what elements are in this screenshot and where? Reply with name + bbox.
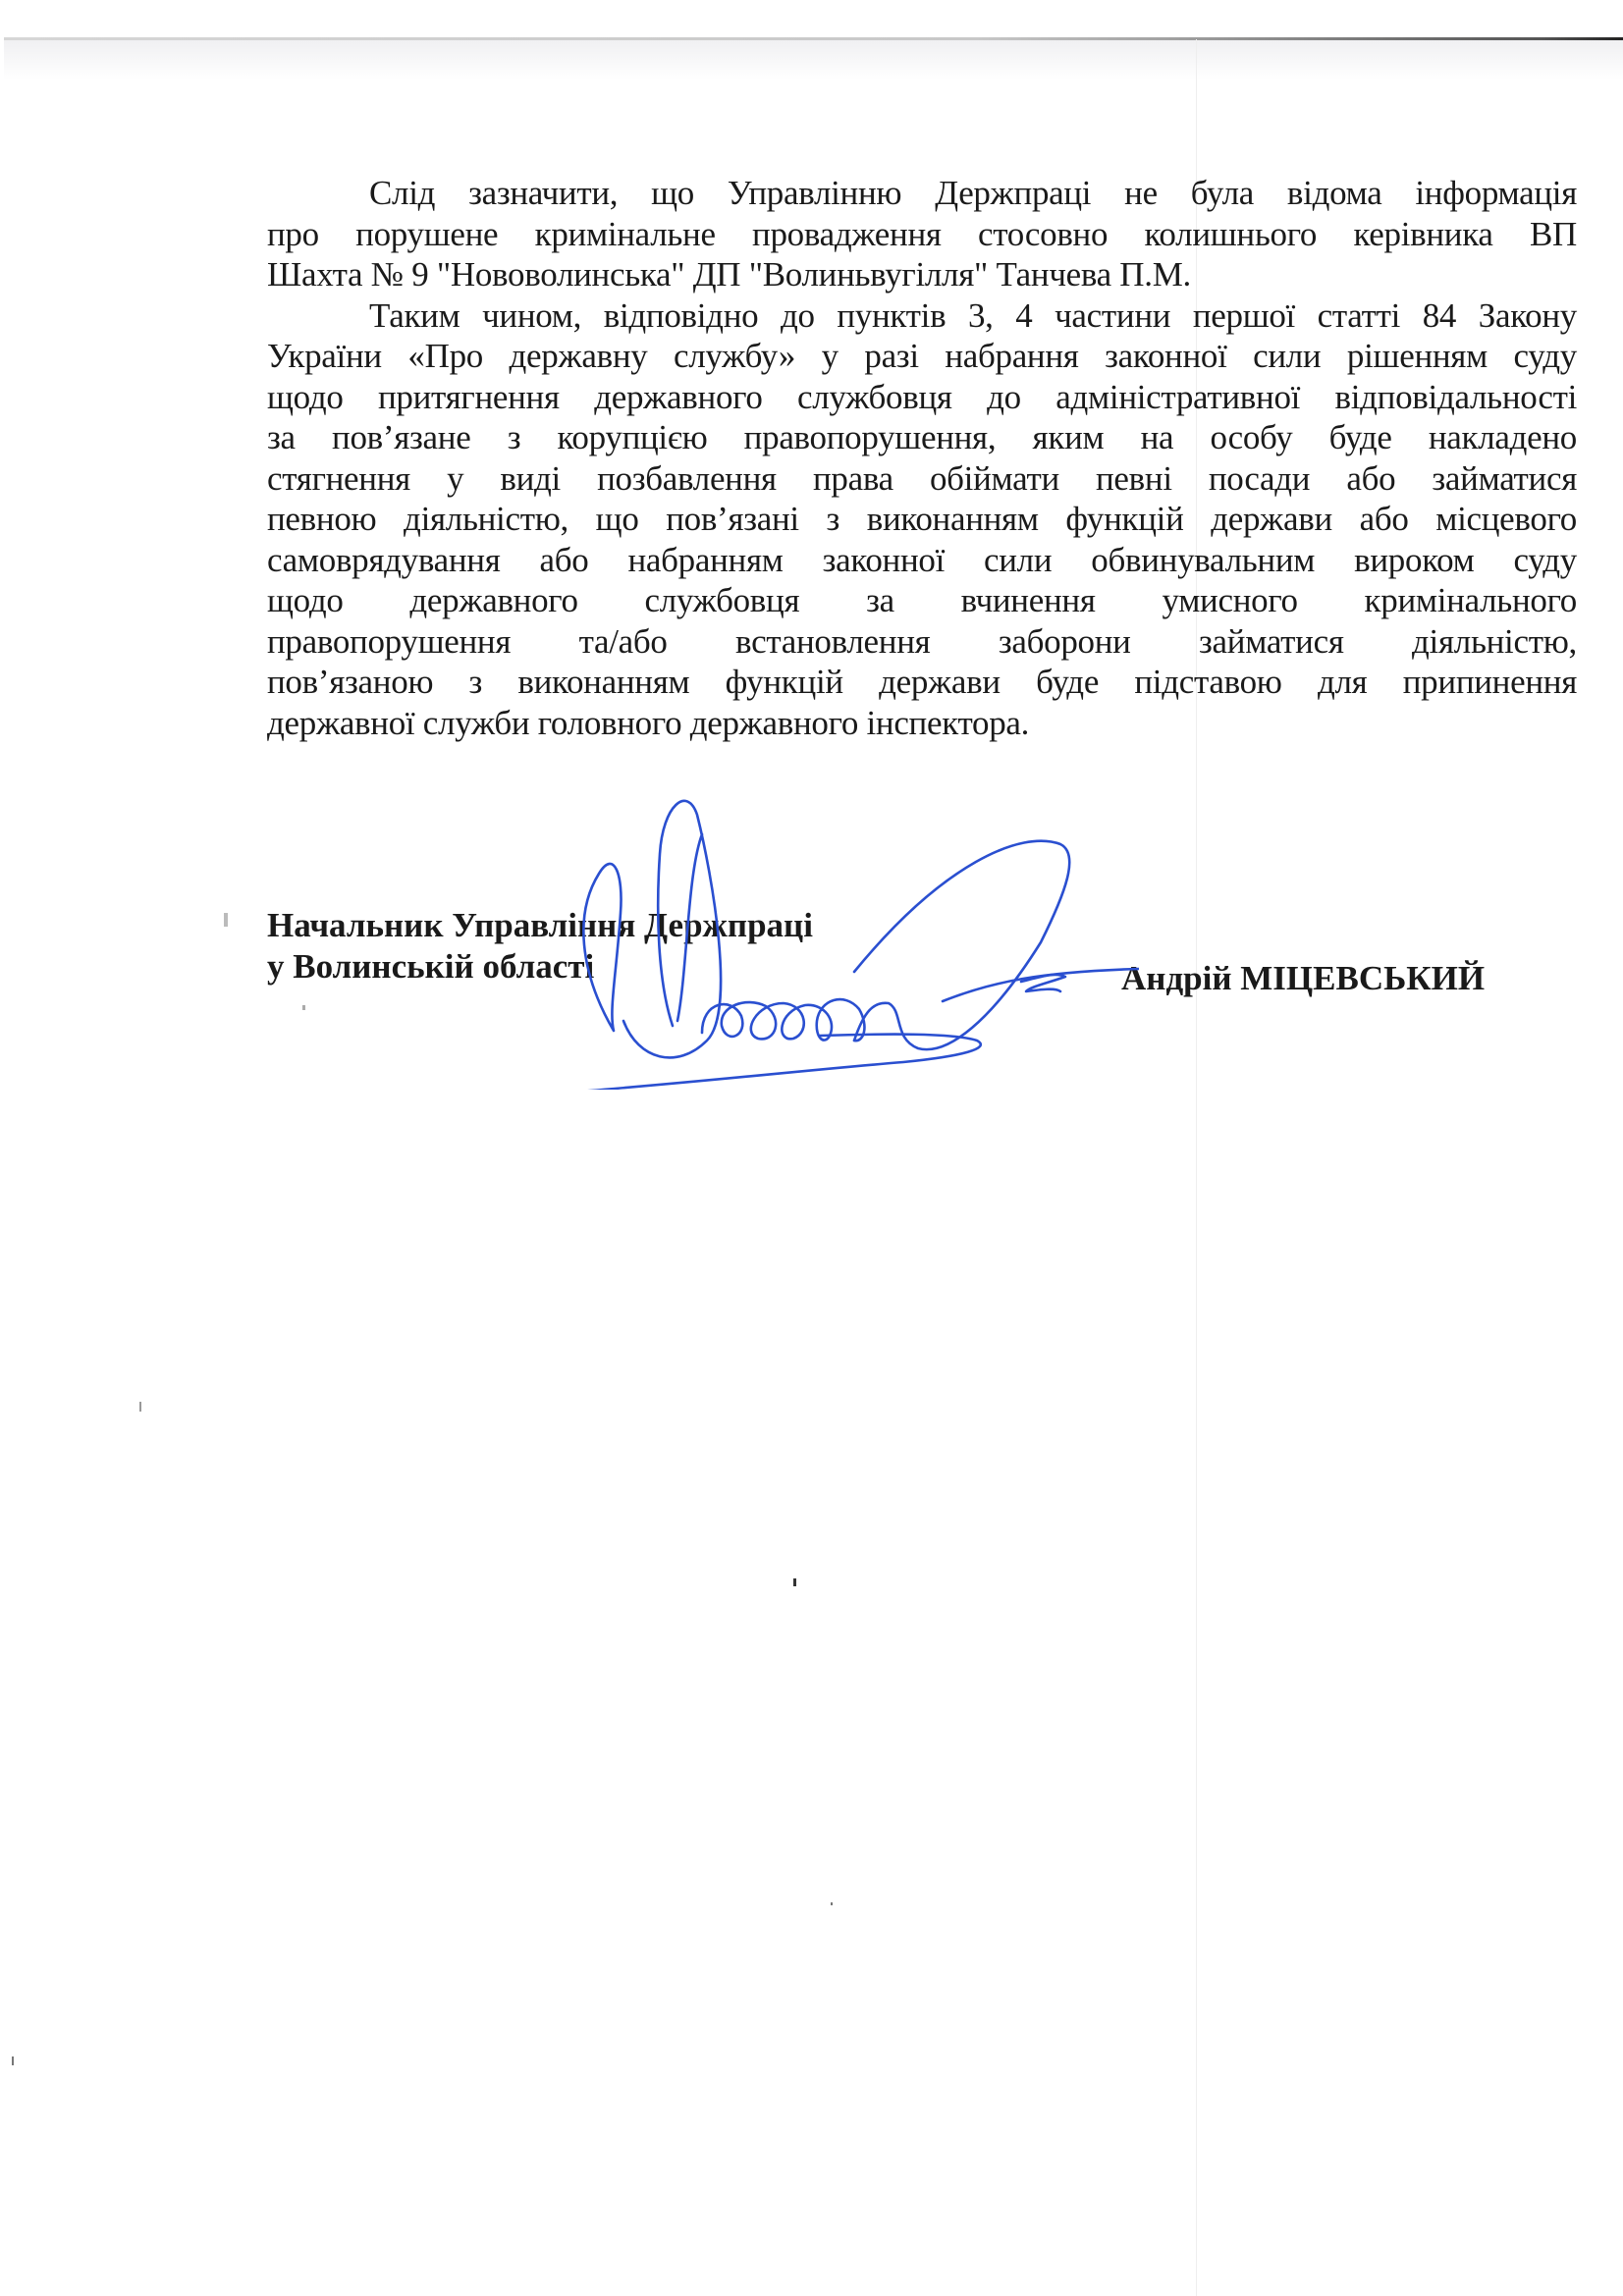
text-line: пов’язаною з виконанням функцій держави …	[267, 662, 1577, 703]
scan-speck	[302, 1005, 305, 1010]
signatory-name: Андрій МІЦЕВСЬКИЙ	[1121, 958, 1485, 999]
scan-speck	[139, 1402, 141, 1412]
handwritten-signature-icon	[530, 775, 1139, 1090]
text-line: щодо притягнення державного службовця до…	[267, 377, 1577, 418]
text-line: державної служби головного державного ін…	[267, 703, 1577, 744]
text-line: за пов’язане з корупцією правопорушення,…	[267, 417, 1577, 458]
text-line: щодо державного службовця за вчинення ум…	[267, 580, 1577, 621]
scan-speck	[831, 1902, 833, 1905]
text-line: України «Про державну службу» у разі наб…	[267, 336, 1577, 377]
text-line: Шахта № 9 "Нововолинська" ДП "Волиньвугі…	[267, 254, 1577, 295]
scan-speck	[224, 913, 228, 927]
text-line: самоврядування або набранням законної си…	[267, 540, 1577, 581]
text-line: Таким чином, відповідно до пунктів 3, 4 …	[267, 295, 1577, 337]
text-line: певною діяльністю, що пов’язані з викона…	[267, 499, 1577, 540]
text-line: Слід зазначити, що Управлінню Держпраці …	[267, 173, 1577, 214]
scan-speck	[793, 1578, 796, 1586]
scan-speck	[12, 2056, 14, 2065]
text-line: правопорушення та/або встановлення забор…	[267, 621, 1577, 663]
scan-shading	[4, 40, 1623, 80]
text-line: про порушене кримінальне провадження сто…	[267, 214, 1577, 255]
paragraph-1: Слід зазначити, що Управлінню Держпраці …	[267, 173, 1577, 295]
letter-body: Слід зазначити, що Управлінню Держпраці …	[267, 173, 1577, 743]
text-line: стягнення у виді позбавлення права обійм…	[267, 458, 1577, 500]
paragraph-2: Таким чином, відповідно до пунктів 3, 4 …	[267, 295, 1577, 744]
